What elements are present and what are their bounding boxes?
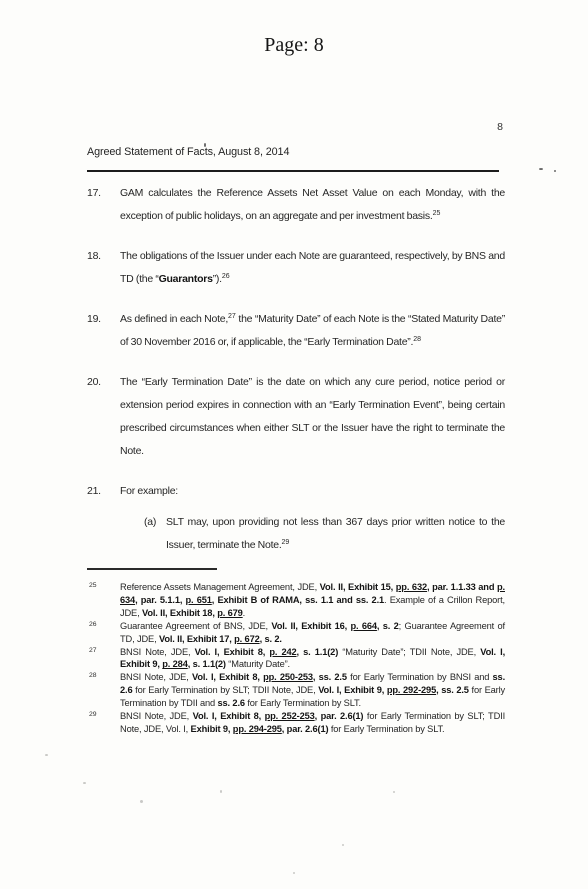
footnote-text: Reference Assets Management Agreement, J… [120,581,505,620]
paragraph-text: For example:(a)SLT may, upon providing n… [120,480,505,557]
text-segment: pp. 292-295 [387,685,436,695]
paragraph-number: 19. [87,308,120,354]
footnote: 25Reference Assets Management Agreement,… [87,581,505,620]
paragraph: 20.The “Early Termination Date” is the d… [87,371,505,463]
text-segment: pp. 294-295 [233,724,282,734]
scan-speck [204,143,206,147]
document-page: Page: 8 8 Agreed Statement of Facts, Aug… [0,0,588,889]
text-segment: Vol. II, Exhibit 18, [142,608,217,618]
sub-item: (a)SLT may, upon providing not less than… [144,511,505,557]
text-segment: p. 672 [234,634,259,644]
scan-speck [45,754,48,756]
text-segment: Vol. II, Exhibit 15, [320,582,396,592]
text-segment: , ss. 2.5 [313,672,347,682]
paragraph-text: The obligations of the Issuer under each… [120,245,505,291]
text-segment: The “Early Termination Date” is the date… [120,376,505,457]
footnote-number: 29 [87,710,120,736]
footnote-text: Guarantee Agreement of BNS, JDE, Vol. II… [120,620,505,646]
text-segment: Vol. I, Exhibit 8, [195,647,270,657]
footnote-ref: 28 [413,336,421,343]
text-segment: , s. 1.1(2) [188,659,226,669]
sub-item-text: SLT may, upon providing not less than 36… [166,511,505,557]
scan-speck [393,791,395,793]
paragraph-number: 20. [87,371,120,463]
text-segment: BNSI Note, JDE, [120,672,192,682]
text-segment: ss. 2.6 [218,698,245,708]
text-segment: for Early Termination by BNSI and [347,672,493,682]
text-segment: , par. 2.6(1) [315,711,364,721]
footnote-ref: 25 [433,210,441,217]
footnote-number: 28 [87,671,120,710]
text-segment: Reference Assets Management Agreement, J… [120,582,320,592]
scan-speck [83,782,86,784]
text-segment: BNSI Note, JDE, [120,647,195,657]
text-segment: Vol. I, Exhibit 9, [318,685,387,695]
text-segment: . [243,608,245,618]
text-segment: Guarantee Agreement of BNS, JDE, [120,621,271,631]
scan-speck [293,872,295,874]
text-segment: SLT may, upon providing not less than 36… [166,516,505,551]
paragraph: 18.The obligations of the Issuer under e… [87,245,505,291]
text-segment: “Maturity Date”; TDII Note, JDE, [338,647,480,657]
page-content: 8 Agreed Statement of Facts, August 8, 2… [87,0,505,889]
text-segment: As defined in each Note, [120,313,228,325]
footnote-ref: 26 [222,273,230,280]
paragraph: 19.As defined in each Note,27 the “Matur… [87,308,505,354]
text-segment: “Maturity Date”. [226,659,290,669]
paragraph-number: 18. [87,245,120,291]
text-segment: p. 651 [186,595,212,605]
text-segment: pp. 252-253 [265,711,315,721]
paragraph-text: As defined in each Note,27 the “Maturity… [120,308,505,354]
text-segment: for Early Termination by SLT. [245,698,361,708]
footnote-ref: 27 [228,313,236,320]
footnote-text: BNSI Note, JDE, Vol. I, Exhibit 8, pp. 2… [120,671,505,710]
footnote: 26Guarantee Agreement of BNS, JDE, Vol. … [87,620,505,646]
footnote: 28BNSI Note, JDE, Vol. I, Exhibit 8, pp.… [87,671,505,710]
sub-item-label: (a) [144,511,166,557]
text-segment: , par. 5.1.1, [135,595,185,605]
text-segment: for Early Termination by SLT; TDII Note,… [132,685,318,695]
paragraph: 17.GAM calculates the Reference Assets N… [87,182,505,228]
footnote: 27BNSI Note, JDE, Vol. I, Exhibit 8, p. … [87,646,505,672]
text-segment: Exhibit 9, [191,724,233,734]
header-rule [87,170,499,172]
footnote-list: 25Reference Assets Management Agreement,… [87,581,505,736]
text-segment: Vol. II, Exhibit 16, [271,621,350,631]
text-segment: , s. 1.1(2) [297,647,339,657]
footnote-number: 27 [87,646,120,672]
paragraph-text: GAM calculates the Reference Assets Net … [120,182,505,228]
text-segment: for Early Termination by SLT. [328,724,444,734]
scan-speck [220,790,222,793]
text-segment: , Exhibit B of RAMA, ss. 1.1 and ss. 2.1 [212,595,384,605]
text-segment: Vol. I, Exhibit 8, [193,711,265,721]
text-segment: Guarantors [159,273,213,285]
scan-speck [342,844,344,846]
paragraph-text: The “Early Termination Date” is the date… [120,371,505,463]
footnote-number: 26 [87,620,120,646]
text-segment: p. 284 [162,659,187,669]
footnote: 29BNSI Note, JDE, Vol. I, Exhibit 8, pp.… [87,710,505,736]
document-title: Agreed Statement of Facts, August 8, 201… [87,146,289,158]
page-number: 8 [497,121,503,133]
text-segment: pp. 632 [396,582,427,592]
text-segment: For example: [120,485,178,497]
text-segment: , par. 2.6(1) [282,724,329,734]
text-segment: pp. 250-253 [263,672,313,682]
footnote-text: BNSI Note, JDE, Vol. I, Exhibit 8, pp. 2… [120,710,505,736]
text-segment: Vol. I, Exhibit 8, [192,672,263,682]
footnote-text: BNSI Note, JDE, Vol. I, Exhibit 8, p. 24… [120,646,505,672]
scan-speck [539,168,543,170]
text-segment: p. 242 [269,647,296,657]
footnote-separator [87,568,217,570]
paragraph-number: 21. [87,480,120,557]
text-segment: Vol. II, Exhibit 17, [159,634,234,644]
text-segment: GAM calculates the Reference Assets Net … [120,187,505,222]
text-segment: ”). [213,273,222,285]
footnote-number: 25 [87,581,120,620]
paragraph: 21.For example:(a)SLT may, upon providin… [87,480,505,557]
scan-speck [554,170,556,172]
text-segment: , par. 1.1.33 and [427,582,497,592]
footnote-ref: 29 [282,539,290,546]
scan-speck [140,800,143,803]
text-segment: BNSI Note, JDE, [120,711,193,721]
paragraph-number: 17. [87,182,120,228]
text-segment: , s. 2 [377,621,399,631]
text-segment: p. 679 [217,608,242,618]
paragraph-list: 17.GAM calculates the Reference Assets N… [87,182,505,574]
text-segment: , s. 2. [260,634,282,644]
text-segment: p. 664 [350,621,376,631]
text-segment: ss. 2.5 [441,685,469,695]
